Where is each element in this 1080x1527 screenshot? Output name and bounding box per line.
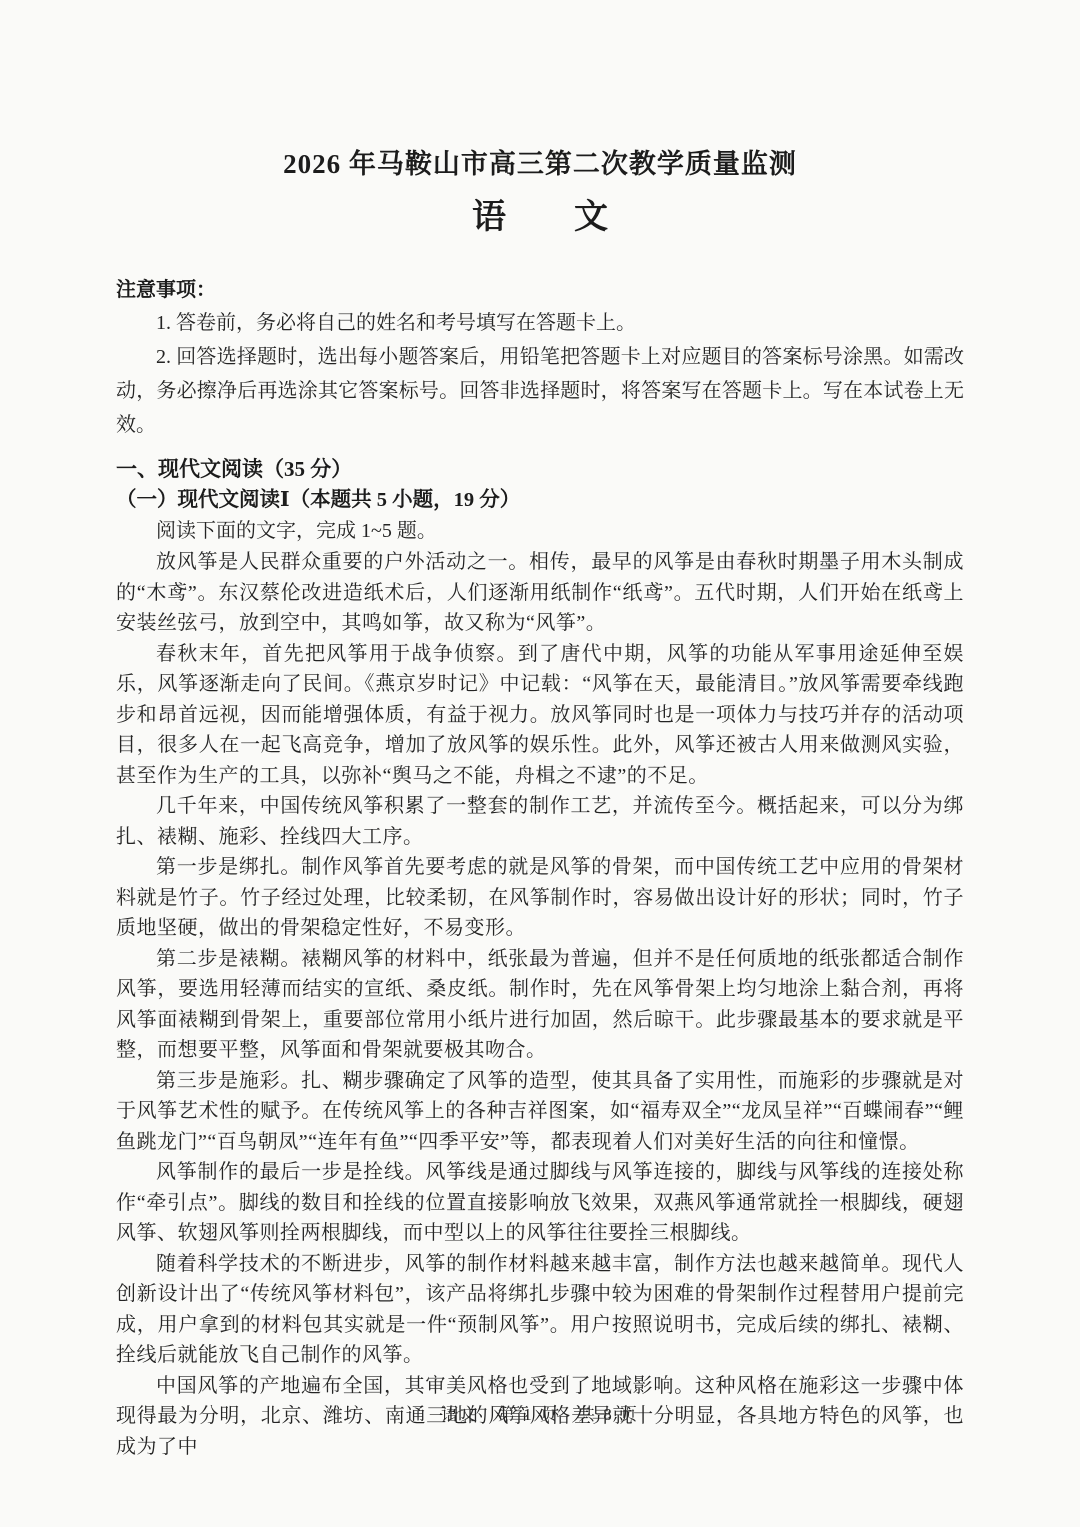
passage-paragraph: 春秋末年，首先把风筝用于战争侦察。到了唐代中期，风筝的功能从军事用途延伸至娱乐，… (116, 639, 964, 792)
exam-title: 2026 年马鞍山市高三第二次教学质量监测 (116, 146, 964, 182)
passage-paragraph: 随着科学技术的不断进步，风筝的制作材料越来越丰富，制作方法也越来越简单。现代人创… (116, 1249, 964, 1371)
passage-paragraph: 第二步是裱糊。裱糊风筝的材料中，纸张最为普遍，但并不是任何质地的纸张都适合制作风… (116, 944, 964, 1066)
passage-paragraph: 第一步是绑扎。制作风筝首先要考虑的就是风筝的骨架，而中国传统工艺中应用的骨架材料… (116, 852, 964, 944)
notice-item-1: 1. 答卷前，务必将自己的姓名和考号填写在答题卡上。 (116, 306, 964, 340)
notice-section: 注意事项： 1. 答卷前，务必将自己的姓名和考号填写在答题卡上。 2. 回答选择… (116, 274, 964, 442)
page-footer: 语文 第 1 页 共 8 页 (0, 1400, 1080, 1425)
section-heading: 一、现代文阅读（35 分） (116, 454, 964, 485)
subsection-heading: （一）现代文阅读Ⅰ（本题共 5 小题，19 分） (116, 485, 964, 516)
reading-passage: 放风筝是人民群众重要的户外活动之一。相传，最早的风筝是由春秋时期墨子用木头制成的… (116, 547, 964, 1462)
reading-instruction: 阅读下面的文字，完成 1~5 题。 (116, 516, 964, 547)
exam-paper-page: 2026 年马鞍山市高三第二次教学质量监测 语 文 注意事项： 1. 答卷前，务… (0, 0, 1080, 1527)
notice-item-2: 2. 回答选择题时，选出每小题答案后，用铅笔把答题卡上对应题目的答案标号涂黑。如… (116, 340, 964, 442)
passage-paragraph: 风筝制作的最后一步是拴线。风筝线是通过脚线与风筝连接的，脚线与风筝线的连接处称作… (116, 1157, 964, 1249)
passage-paragraph: 放风筝是人民群众重要的户外活动之一。相传，最早的风筝是由春秋时期墨子用木头制成的… (116, 547, 964, 639)
exam-subject: 语 文 (116, 196, 964, 240)
notice-heading: 注意事项： (116, 274, 964, 306)
passage-paragraph: 第三步是施彩。扎、糊步骤确定了风筝的造型，使其具备了实用性，而施彩的步骤就是对于… (116, 1066, 964, 1158)
passage-paragraph: 几千年来，中国传统风筝积累了一整套的制作工艺，并流传至今。概括起来，可以分为绑扎… (116, 791, 964, 852)
